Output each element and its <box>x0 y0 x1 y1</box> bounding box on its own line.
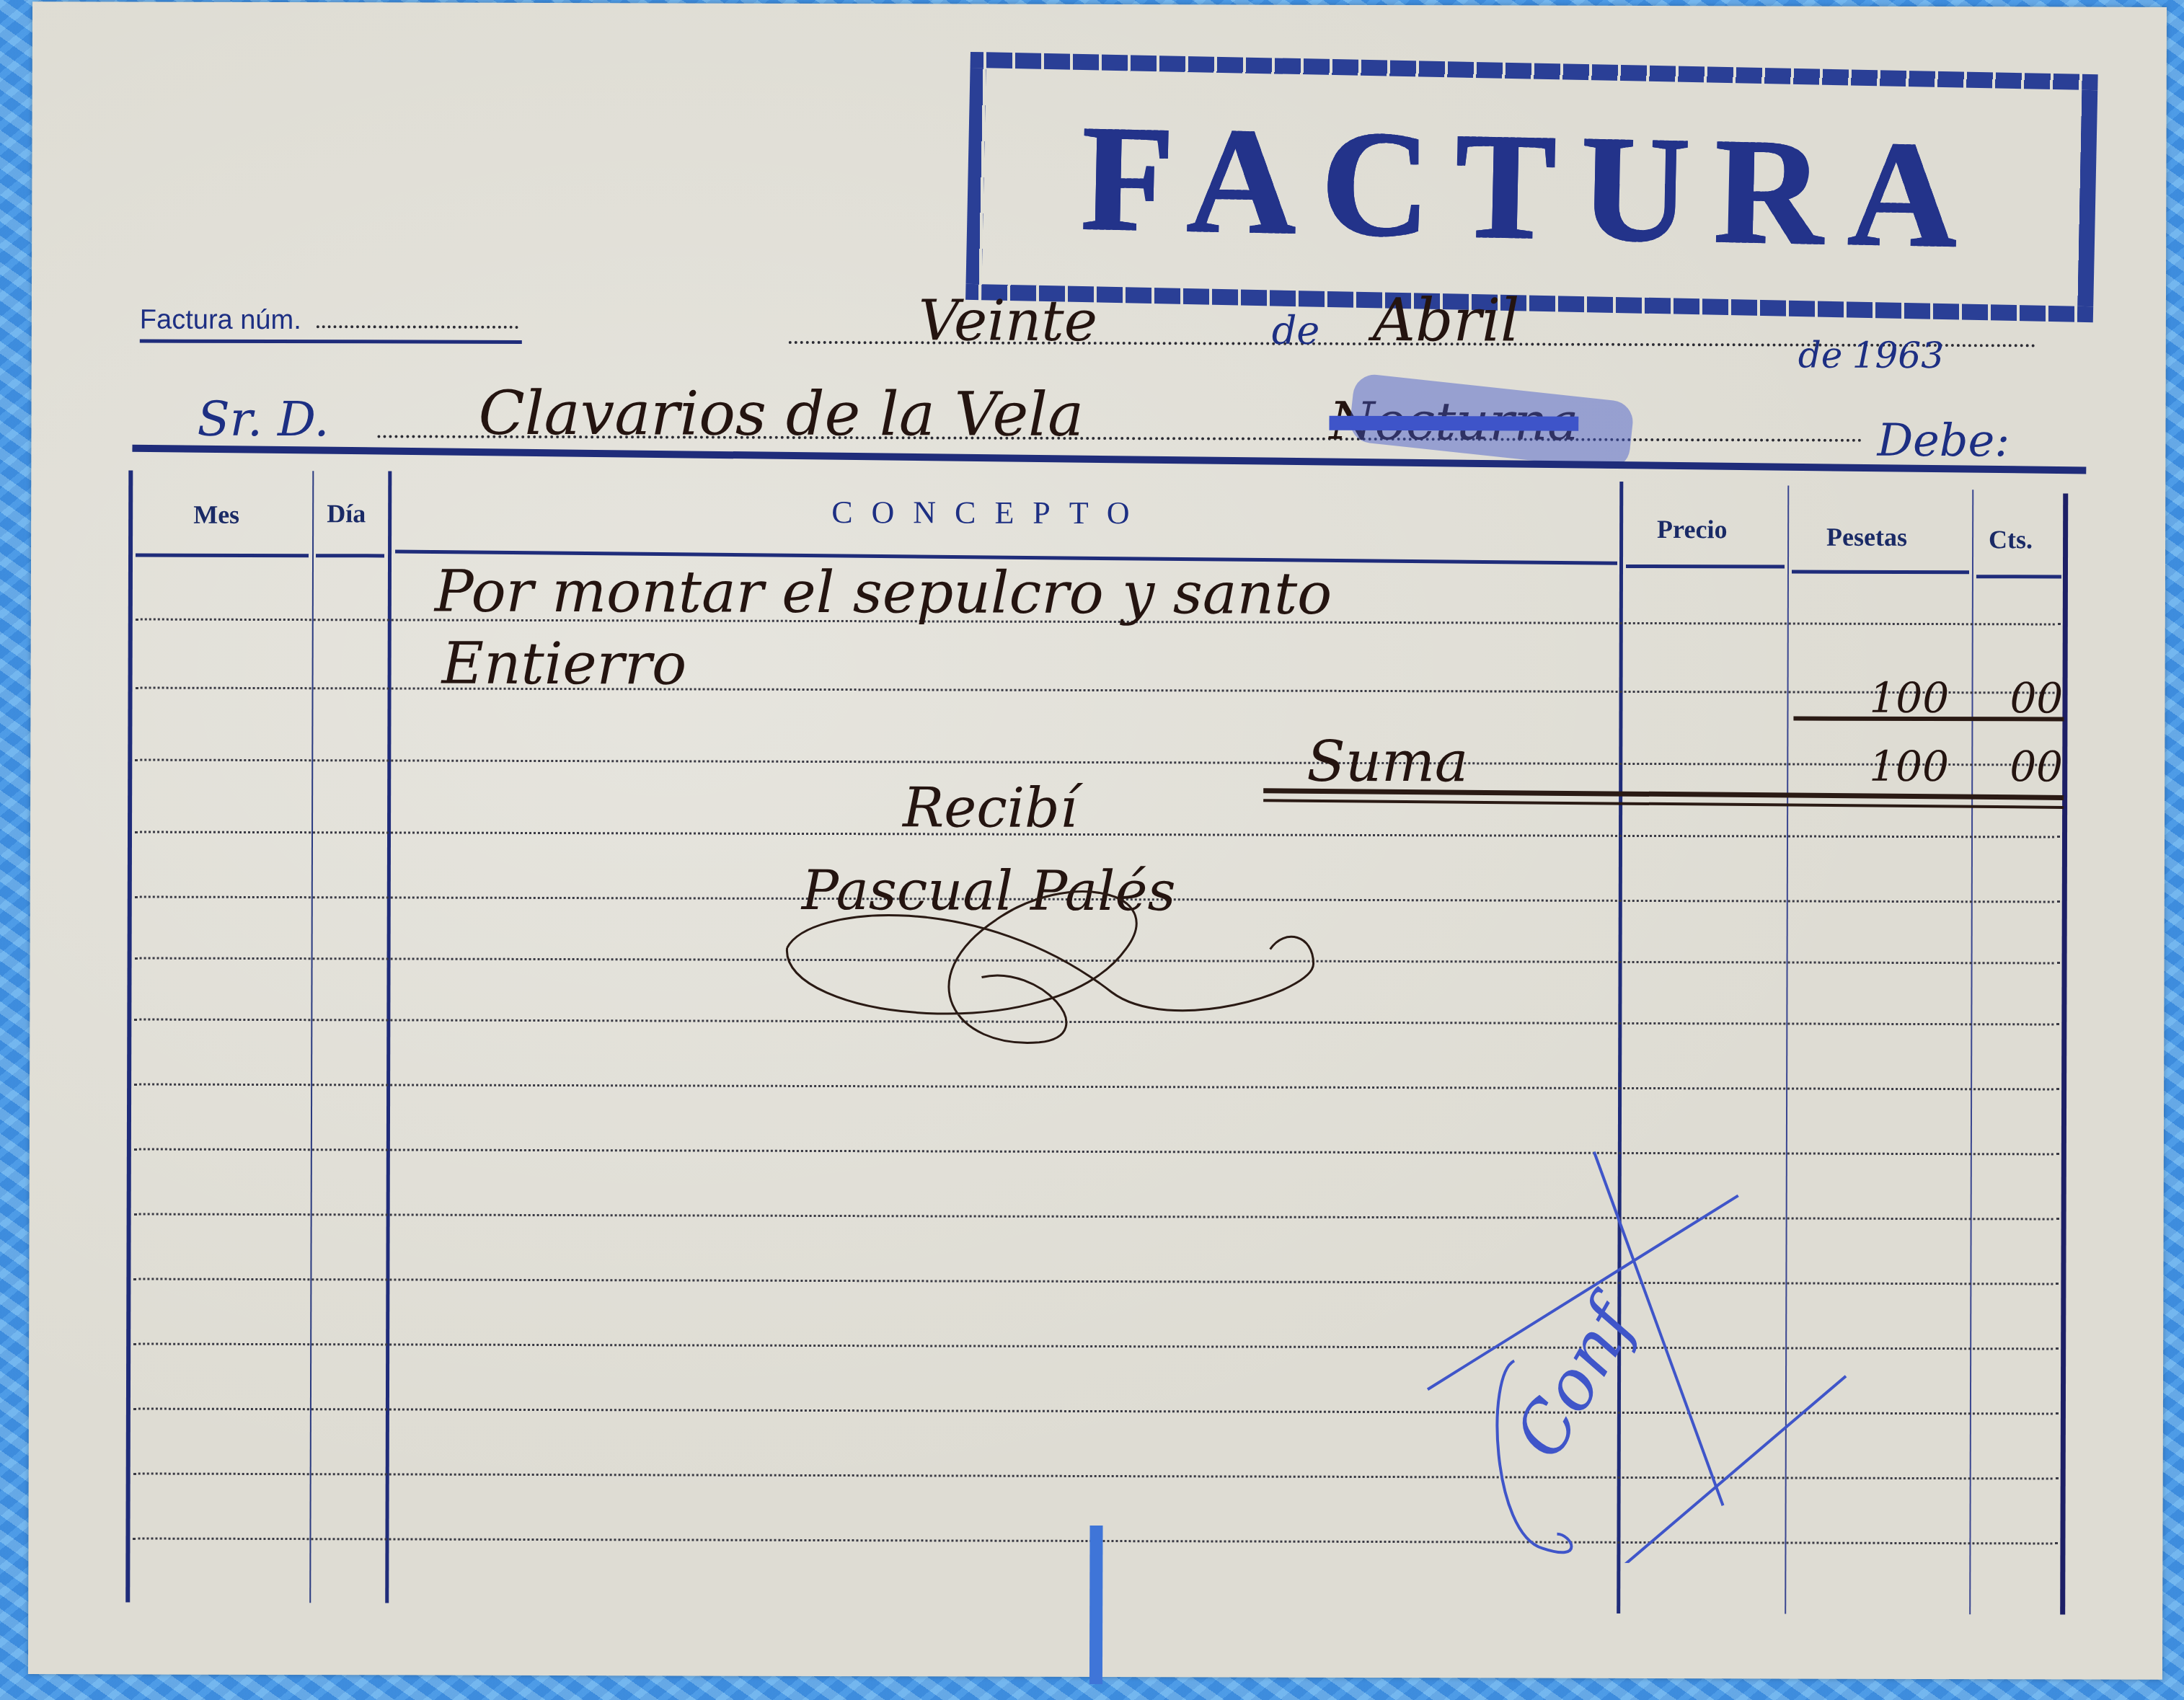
recipient-label: Sr. D. <box>197 391 329 447</box>
concept-line-1: Por montar el sepulcro y santo <box>435 558 1332 627</box>
total-double-underline-bottom <box>1263 799 2064 809</box>
date-de-label: de <box>1272 308 1320 353</box>
document-title: FACTURA <box>1080 92 1984 283</box>
conf-check-mark-icon <box>1398 1130 1890 1564</box>
header-underline-precio <box>1626 565 1785 569</box>
date-day: Veinte <box>919 288 1097 354</box>
pesetas-cts-divider <box>1969 490 1973 1614</box>
signature-flourish-icon <box>765 833 1357 1050</box>
invoice-number-label: Factura núm. <box>140 305 301 337</box>
scribble-out-mark <box>1348 373 1635 471</box>
table-top-border <box>132 445 2086 474</box>
total-pesetas: 100 <box>1869 742 1949 791</box>
header-underline-mes <box>136 554 309 558</box>
date-year: 1963 <box>1852 335 1944 376</box>
invoice-number-dots <box>317 325 518 329</box>
column-header-cts: Cts. <box>1989 524 2033 554</box>
table-left-border <box>125 470 133 1602</box>
row-line <box>135 759 2060 766</box>
subtotal-pesetas: 100 <box>1869 673 1949 722</box>
received-label: Recibí <box>903 775 1077 840</box>
total-cts: 00 <box>2010 742 2063 791</box>
mes-dia-divider <box>309 471 314 1603</box>
invoice-number-underline <box>140 340 522 344</box>
header-underline-pesetas <box>1792 570 1969 575</box>
date-year-prefix: de <box>1798 335 1843 376</box>
subtotal-underline <box>1793 717 2064 722</box>
recipient-name: Clavarios de la Vela <box>478 378 1084 450</box>
total-label: Suma <box>1307 730 1468 795</box>
row-line <box>134 1084 2059 1091</box>
dia-concepto-divider <box>385 471 392 1603</box>
table-right-border <box>2060 494 2068 1615</box>
column-header-mes: Mes <box>193 500 239 530</box>
header-underline-cts <box>1976 575 2061 578</box>
column-header-pesetas: Pesetas <box>1826 522 1907 552</box>
invoice-paper: FACTURA Factura núm. Veinte de Abril de … <box>28 1 2167 1680</box>
column-header-concepto: CONCEPTO <box>831 494 1149 531</box>
paper-tear <box>1089 1526 1103 1684</box>
header-underline-dia <box>316 554 384 557</box>
row-line <box>136 687 2061 694</box>
column-header-precio: Precio <box>1657 514 1727 544</box>
factura-banner: FACTURA <box>965 52 2098 322</box>
debe-label: Debe: <box>1877 414 2010 466</box>
column-header-dia: Día <box>327 498 366 528</box>
concept-line-2: Entierro <box>442 630 687 698</box>
subtotal-cts: 00 <box>2010 673 2063 722</box>
date-month: Abril <box>1373 286 1520 355</box>
